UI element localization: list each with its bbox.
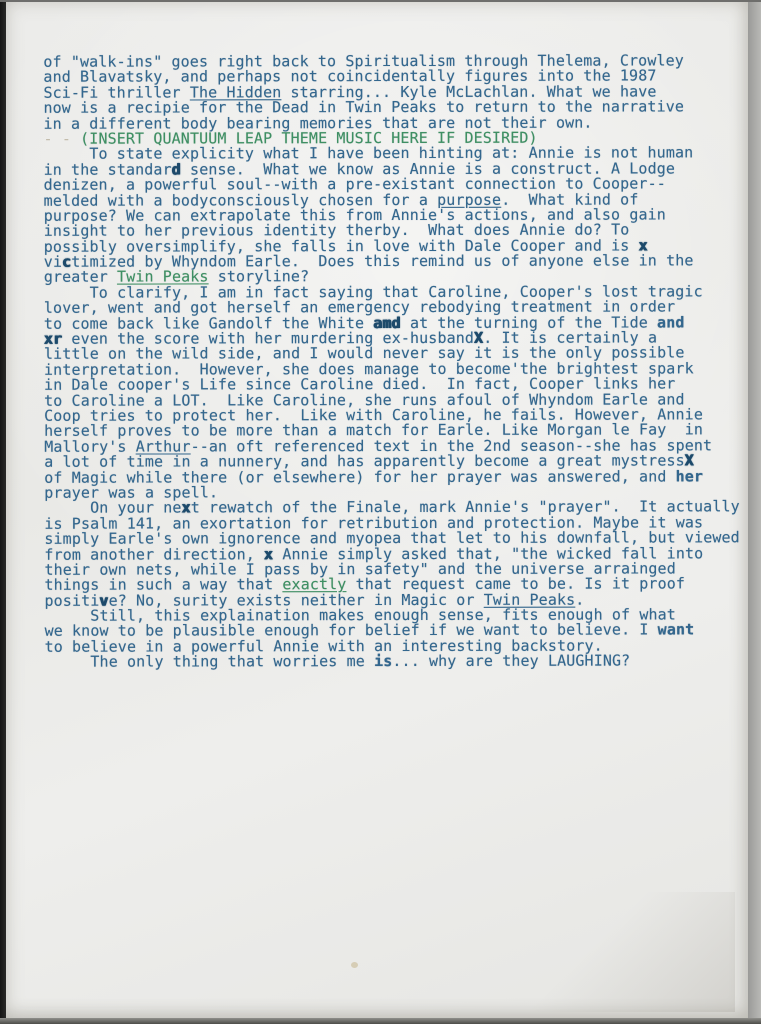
text-segment: her: [676, 467, 703, 485]
text-segment: ... why are they LAUGHING?: [392, 652, 630, 670]
text-segment: The only thing that worries me: [45, 652, 374, 671]
text-segment: and: [657, 313, 684, 331]
text-line: The only thing that worries me is... why…: [45, 653, 757, 670]
text-segment: is: [374, 652, 392, 670]
scan-edge-bottom: [0, 1018, 761, 1024]
paper-speck: [351, 962, 358, 968]
typewritten-page: of "walk-ins" goes right back to Spiritu…: [6, 2, 748, 1018]
paper-curl-shadow: [475, 892, 735, 1012]
text-segment: want: [658, 621, 695, 639]
typed-text: of "walk-ins" goes right back to Spiritu…: [43, 53, 756, 670]
